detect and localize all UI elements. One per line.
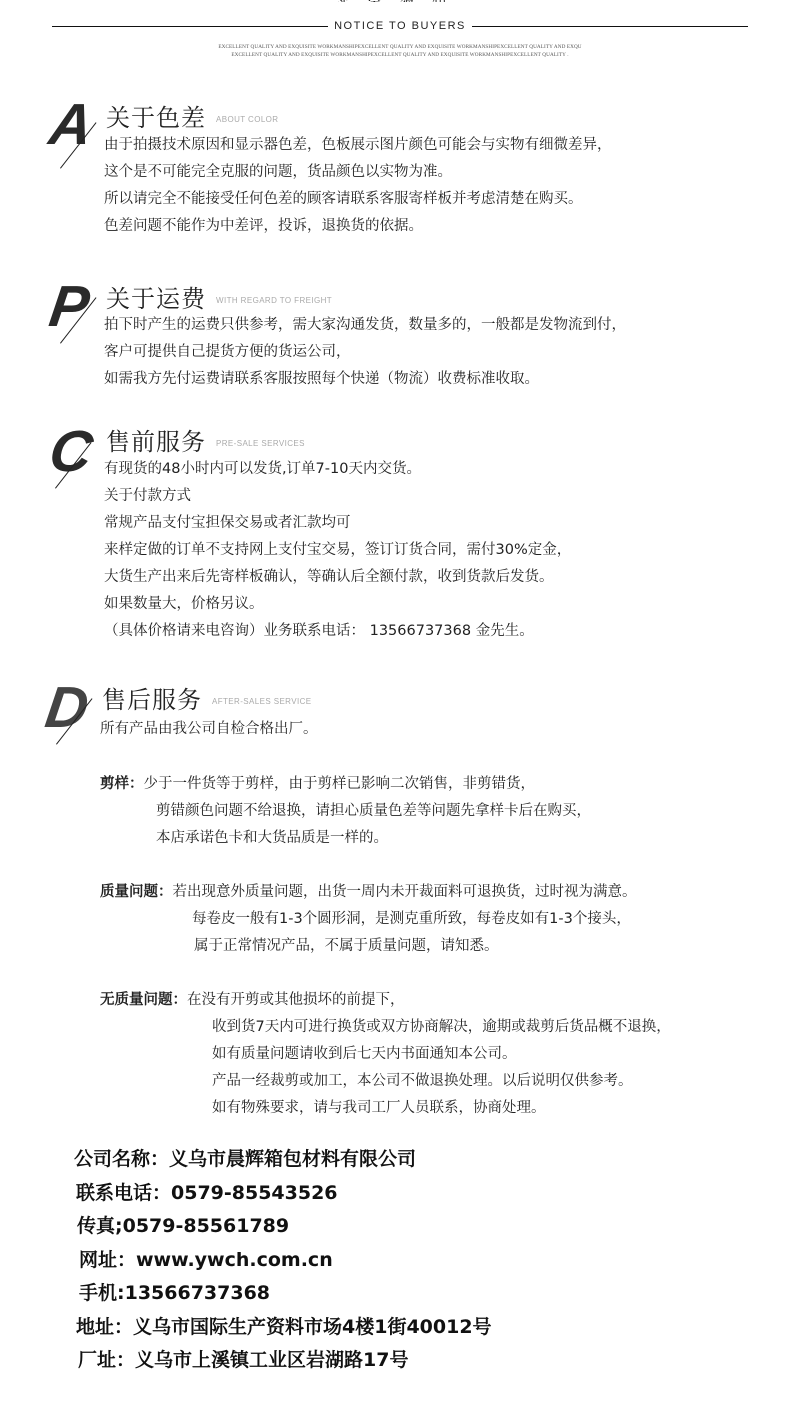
body-line: 关于付款方式: [104, 483, 571, 510]
section-title-text: 售前服务: [106, 428, 206, 456]
letter-b-icon: P: [46, 278, 93, 336]
top-title-fragment: 买家须知: [0, 0, 800, 2]
body-line: 若出现意外质量问题，出货一周内未开裁面料可退换货，过时视为满意。: [173, 884, 637, 900]
divider-right: [472, 26, 748, 27]
phone: 联系电话：0579-85543526: [74, 1177, 492, 1211]
tagline-line: EXCELLENT QUALITY AND EXQUISITE WORKMANS…: [0, 43, 800, 51]
section-title: 关于色差ABOUT COLOR: [106, 98, 279, 133]
body-line: 每卷皮一般有1-3个圆形洞，是测克重所致，每卷皮如有1-3个接头，: [100, 906, 637, 933]
body-line: 常规产品支付宝担保交易或者汇款均可: [104, 510, 571, 537]
letter-a-icon: A: [46, 96, 96, 154]
subsection-label: 质量问题：: [100, 884, 173, 900]
body-line: 如需我方先付运费请联系客服按照每个快递（物流）收费标准收取。: [104, 366, 626, 393]
body-line: 大货生产出来后先寄样板确认，等确认后全额付款，收到货款后发货。: [104, 564, 571, 591]
section-title-text: 关于色差: [106, 104, 206, 132]
section-subtitle: AFTER-SALES SERVICE: [212, 697, 311, 706]
address: 地址：义乌市国际生产资料市场4楼1街40012号: [74, 1311, 492, 1345]
divider-left: [52, 26, 328, 27]
section-body: 所有产品由我公司自检合格出厂。: [100, 716, 318, 743]
tagline: EXCELLENT QUALITY AND EXQUISITE WORKMANS…: [0, 43, 800, 59]
body-line: 所以请完全不能接受任何色差的顾客请联系客服寄样板并考虑清楚在购买。: [104, 186, 612, 213]
section-title: 售前服务PRE-SALE SERVICES: [106, 422, 305, 457]
section-body: 由于拍摄技术原因和显示器色差，色板展示图片颜色可能会与实物有细微差异， 这个是不…: [104, 132, 612, 240]
section-body: 拍下时产生的运费只供参考，需大家沟通发货，数量多的，一般都是发物流到付， 客户可…: [104, 312, 626, 393]
letter-c-icon: C: [46, 423, 96, 481]
section-subtitle: ABOUT COLOR: [216, 115, 279, 124]
body-line: 来样定做的订单不支持网上支付宝交易，签订订货合同，需付30%定金，: [104, 537, 571, 564]
body-line: 剪错颜色问题不给退换，请担心质量色差等问题先拿样卡后在购买，: [100, 798, 591, 825]
body-line: 在没有开剪或其他损坏的前提下，: [187, 992, 405, 1008]
section-title-text: 关于运费: [106, 285, 206, 313]
section-body: 有现货的48小时内可以发货,订单7-10天内交货。 关于付款方式 常规产品支付宝…: [104, 456, 571, 645]
website: 网址：www.ywch.com.cn: [74, 1244, 492, 1278]
contact-info: 公司名称：义乌市晨辉箱包材料有限公司 联系电话：0579-85543526 传真…: [74, 1143, 492, 1378]
section-subtitle: PRE-SALE SERVICES: [216, 439, 305, 448]
company-name: 公司名称：义乌市晨辉箱包材料有限公司: [74, 1143, 492, 1177]
fax: 传真;0579-85561789: [74, 1210, 492, 1244]
body-line: 由于拍摄技术原因和显示器色差，色板展示图片颜色可能会与实物有细微差异，: [104, 132, 612, 159]
section-subtitle: WITH REGARD TO FREIGHT: [216, 296, 332, 305]
notice-title: NOTICE TO BUYERS: [328, 20, 472, 32]
section-title-text: 售后服务: [102, 686, 202, 714]
body-line: 拍下时产生的运费只供参考，需大家沟通发货，数量多的，一般都是发物流到付，: [104, 312, 626, 339]
body-line: 色差问题不能作为中差评，投诉，退换货的依据。: [104, 213, 612, 240]
tagline-line: EXCELLENT QUALITY AND EXQUISITE WORKMANS…: [0, 51, 800, 59]
section-title: 关于运费WITH REGARD TO FREIGHT: [106, 279, 332, 314]
mobile: 手机:13566737368: [74, 1277, 492, 1311]
body-line: 少于一件货等于剪样，由于剪样已影响二次销售，非剪错货，: [144, 776, 536, 792]
subsection-no-quality-issue: 无质量问题：在没有开剪或其他损坏的前提下， 收到货7天内可进行换货或双方协商解决…: [100, 987, 671, 1122]
subsection-label: 剪样：: [100, 776, 144, 792]
subsection-cut-sample: 剪样：少于一件货等于剪样，由于剪样已影响二次销售，非剪错货， 剪错颜色问题不给退…: [100, 771, 591, 852]
body-line: 这个是不可能完全克服的问题，货品颜色以实物为准。: [104, 159, 612, 186]
notice-header: NOTICE TO BUYERS: [52, 16, 748, 36]
body-line: 有现货的48小时内可以发货,订单7-10天内交货。: [104, 456, 571, 483]
body-line: 如有质量问题请收到后七天内书面通知本公司。: [100, 1041, 671, 1068]
body-line: 本店承诺色卡和大货品质是一样的。: [100, 825, 591, 852]
body-line: 如有物殊要求，请与我司工厂人员联系，协商处理。: [100, 1095, 671, 1122]
section-title: 售后服务AFTER-SALES SERVICE: [102, 680, 311, 715]
subsection-quality-issue: 质量问题：若出现意外质量问题，出货一周内未开裁面料可退换货，过时视为满意。 每卷…: [100, 879, 637, 960]
body-line: 客户可提供自己提货方便的货运公司，: [104, 339, 626, 366]
body-line: 属于正常情况产品，不属于质量问题，请知悉。: [100, 933, 637, 960]
body-line: 如果数量大，价格另议。: [104, 591, 571, 618]
body-line: 产品一经裁剪或加工，本公司不做退换处理。以后说明仅供参考。: [100, 1068, 671, 1095]
body-line: （具体价格请来电咨询）业务联系电话： 13566737368 金先生。: [104, 618, 571, 645]
body-line: 所有产品由我公司自检合格出厂。: [100, 716, 318, 743]
factory-address: 厂址：义乌市上溪镇工业区岩湖路17号: [74, 1344, 492, 1378]
subsection-label: 无质量问题：: [100, 992, 187, 1008]
body-line: 收到货7天内可进行换货或双方协商解决，逾期或裁剪后货品概不退换，: [100, 1014, 671, 1041]
